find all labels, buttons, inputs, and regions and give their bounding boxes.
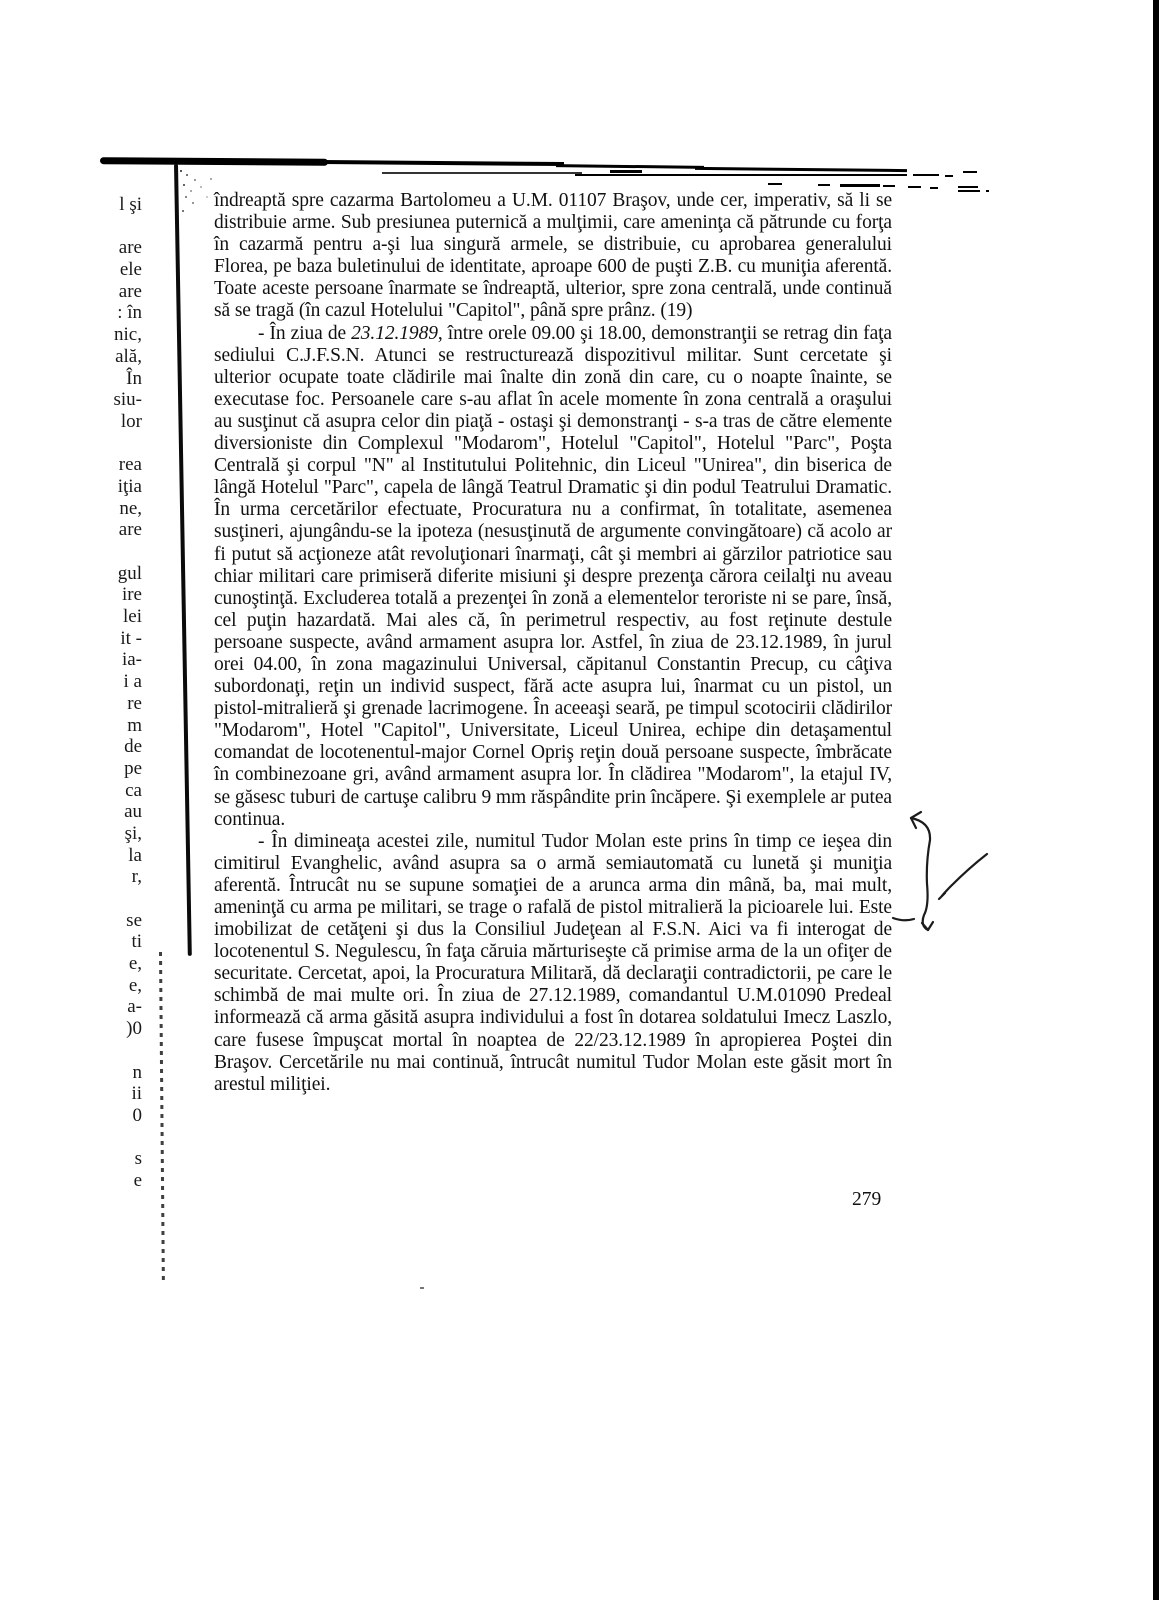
margin-fragment: i a (84, 671, 142, 693)
scan-artifact-dash (840, 184, 880, 187)
margin-fragment: n (84, 1062, 142, 1084)
paragraph-continuation: îndreaptă spre cazarma Bartolomeu a U.M.… (214, 190, 892, 323)
margin-fragment: ire (84, 584, 142, 606)
margin-fragment: re (84, 693, 142, 715)
margin-fragment: iţia (84, 476, 142, 498)
margin-fragment: ia- (84, 649, 142, 671)
margin-fragment: m (84, 715, 142, 737)
margin-fragment: ti (84, 931, 142, 953)
margin-fragment: de (84, 736, 142, 758)
margin-fragment: rea (84, 454, 142, 476)
scan-artifact-dash (930, 187, 938, 189)
margin-fragment (84, 1040, 142, 1062)
scan-artifact-line (575, 174, 907, 176)
margin-fragment: it - (84, 628, 142, 650)
page-number: 279 (852, 1189, 881, 1211)
margin-fragment: e, (84, 953, 142, 975)
margin-fragment: se (84, 910, 142, 932)
handwritten-dash (893, 918, 914, 920)
margin-fragment: are (84, 237, 142, 259)
margin-fragment: r, (84, 866, 142, 888)
margin-fragment: e (84, 1170, 142, 1192)
scan-artifact-dash (818, 184, 830, 186)
binding-gutter-line-faded (159, 952, 164, 1282)
scan-artifact-dash (913, 174, 939, 176)
italic-date: 23.12.1989 (351, 323, 438, 344)
scan-artifact-line (382, 172, 582, 174)
margin-fragment (84, 888, 142, 910)
margin-fragment (84, 216, 142, 238)
margin-fragment: ca (84, 780, 142, 802)
binding-gutter-line (174, 164, 192, 956)
scan-artifact-dash (963, 171, 977, 173)
margin-fragment: lei (84, 606, 142, 628)
scan-noise-speckles (180, 170, 182, 172)
margin-fragment: ele (84, 259, 142, 281)
scanned-page: l şiareeleare: înnic,ală,Însiu-lorreaiţi… (0, 0, 1164, 1600)
page-text: îndreaptă spre cazarma Bartolomeu a U.M.… (214, 190, 892, 1096)
scan-artifact-dot (986, 190, 989, 192)
margin-fragment: la (84, 845, 142, 867)
scan-artifact-line (695, 167, 907, 172)
margin-fragment: ală, (84, 346, 142, 368)
margin-text-column: l şiareeleare: înnic,ală,Însiu-lorreaiţi… (84, 194, 142, 1192)
margin-fragment: ne, (84, 498, 142, 520)
paragraph-text: - În ziua de (258, 323, 351, 344)
margin-fragment: siu- (84, 389, 142, 411)
margin-fragment: : în (84, 302, 142, 324)
paragraph-tudor-molan: - În dimineaţa acestei zile, numitul Tud… (214, 831, 892, 1096)
margin-fragment: pe (84, 758, 142, 780)
margin-fragment: nic, (84, 324, 142, 346)
margin-fragment: l şi (84, 194, 142, 216)
scan-artifact-dash (958, 186, 978, 188)
scan-artifact-dash (768, 183, 782, 185)
scan-artifact-dash (908, 186, 921, 188)
margin-fragment: are (84, 281, 142, 303)
paragraph-23-12-1989: - În ziua de 23.12.1989, între orele 09.… (214, 323, 892, 831)
scan-artifact-line (556, 164, 704, 169)
scan-artifact-dot (420, 1287, 424, 1289)
bracket-arrowhead-bottom (922, 922, 933, 930)
margin-fragment: are (84, 519, 142, 541)
margin-fragment: au (84, 801, 142, 823)
margin-fragment (84, 433, 142, 455)
scan-artifact-bar (100, 157, 328, 166)
check-slash-annotation (939, 854, 987, 899)
margin-fragment: )0 (84, 1018, 142, 1040)
paragraph-text: , între orele 09.00 şi 18.00, demonstran… (214, 323, 892, 830)
scan-edge-band (1153, 0, 1159, 1600)
margin-fragment: a- (84, 996, 142, 1018)
scan-artifact-dash (883, 185, 895, 187)
margin-fragment: e, (84, 975, 142, 997)
scan-artifact-dash (610, 170, 642, 173)
margin-fragment (84, 1127, 142, 1149)
margin-fragment: s (84, 1148, 142, 1170)
bracket-arrowhead-top (911, 812, 921, 828)
scan-artifact-dash (958, 190, 980, 192)
margin-fragment: lor (84, 411, 142, 433)
margin-fragment: ii (84, 1083, 142, 1105)
scan-artifact-dash (945, 175, 953, 177)
margin-fragment: În (84, 368, 142, 390)
margin-fragment: 0 (84, 1105, 142, 1127)
margin-fragment: şi, (84, 823, 142, 845)
margin-bracket-annotation (911, 818, 930, 930)
margin-fragment: gul (84, 563, 142, 585)
scan-artifact-bar (322, 160, 564, 166)
margin-fragment (84, 541, 142, 563)
